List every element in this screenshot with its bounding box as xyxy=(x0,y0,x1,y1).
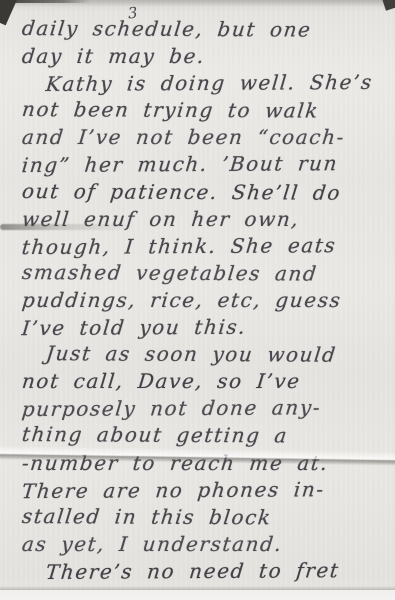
handwritten-line: though, I think. She eats xyxy=(21,232,385,261)
handwritten-line: not been trying to walk xyxy=(21,96,385,125)
handwritten-line: day it may be. xyxy=(21,43,385,70)
handwritten-line: out of patience. She’ll do xyxy=(21,178,385,207)
paper-bottom-strip xyxy=(0,590,395,600)
handwritten-line: There’s no need to fret xyxy=(21,557,385,586)
handwritten-line: Just as soon you would xyxy=(21,340,385,369)
handwritten-line: smashed vegetables and xyxy=(21,259,385,288)
handwritten-line: not call, Dave, so I’ve xyxy=(21,368,385,395)
handwritten-line: I’ve told you this. xyxy=(21,313,385,342)
handwritten-line: purposely not done any- xyxy=(21,394,385,423)
handwritten-line: puddings, rice, etc, guess xyxy=(21,287,385,314)
handwritten-line: thing about getting a xyxy=(21,421,385,450)
handwritten-line: as yet, I understand. xyxy=(21,531,385,558)
handwritten-line: Kathy is doing well. She’s xyxy=(21,69,385,98)
handwritten-line: There are no phones in- xyxy=(21,475,385,504)
handwritten-line: and I’ve not been “coach- xyxy=(21,124,385,151)
letter-body: daily schedule, but one day it may be. K… xyxy=(22,16,383,585)
handwritten-line: stalled in this block xyxy=(21,503,385,532)
handwritten-line: daily schedule, but one xyxy=(21,15,385,44)
fold-crease-upper xyxy=(0,224,135,230)
letter-page-scan: 3 daily schedule, but one day it may be.… xyxy=(0,0,395,600)
handwritten-line: ing” her much. ’Bout run xyxy=(21,150,385,179)
